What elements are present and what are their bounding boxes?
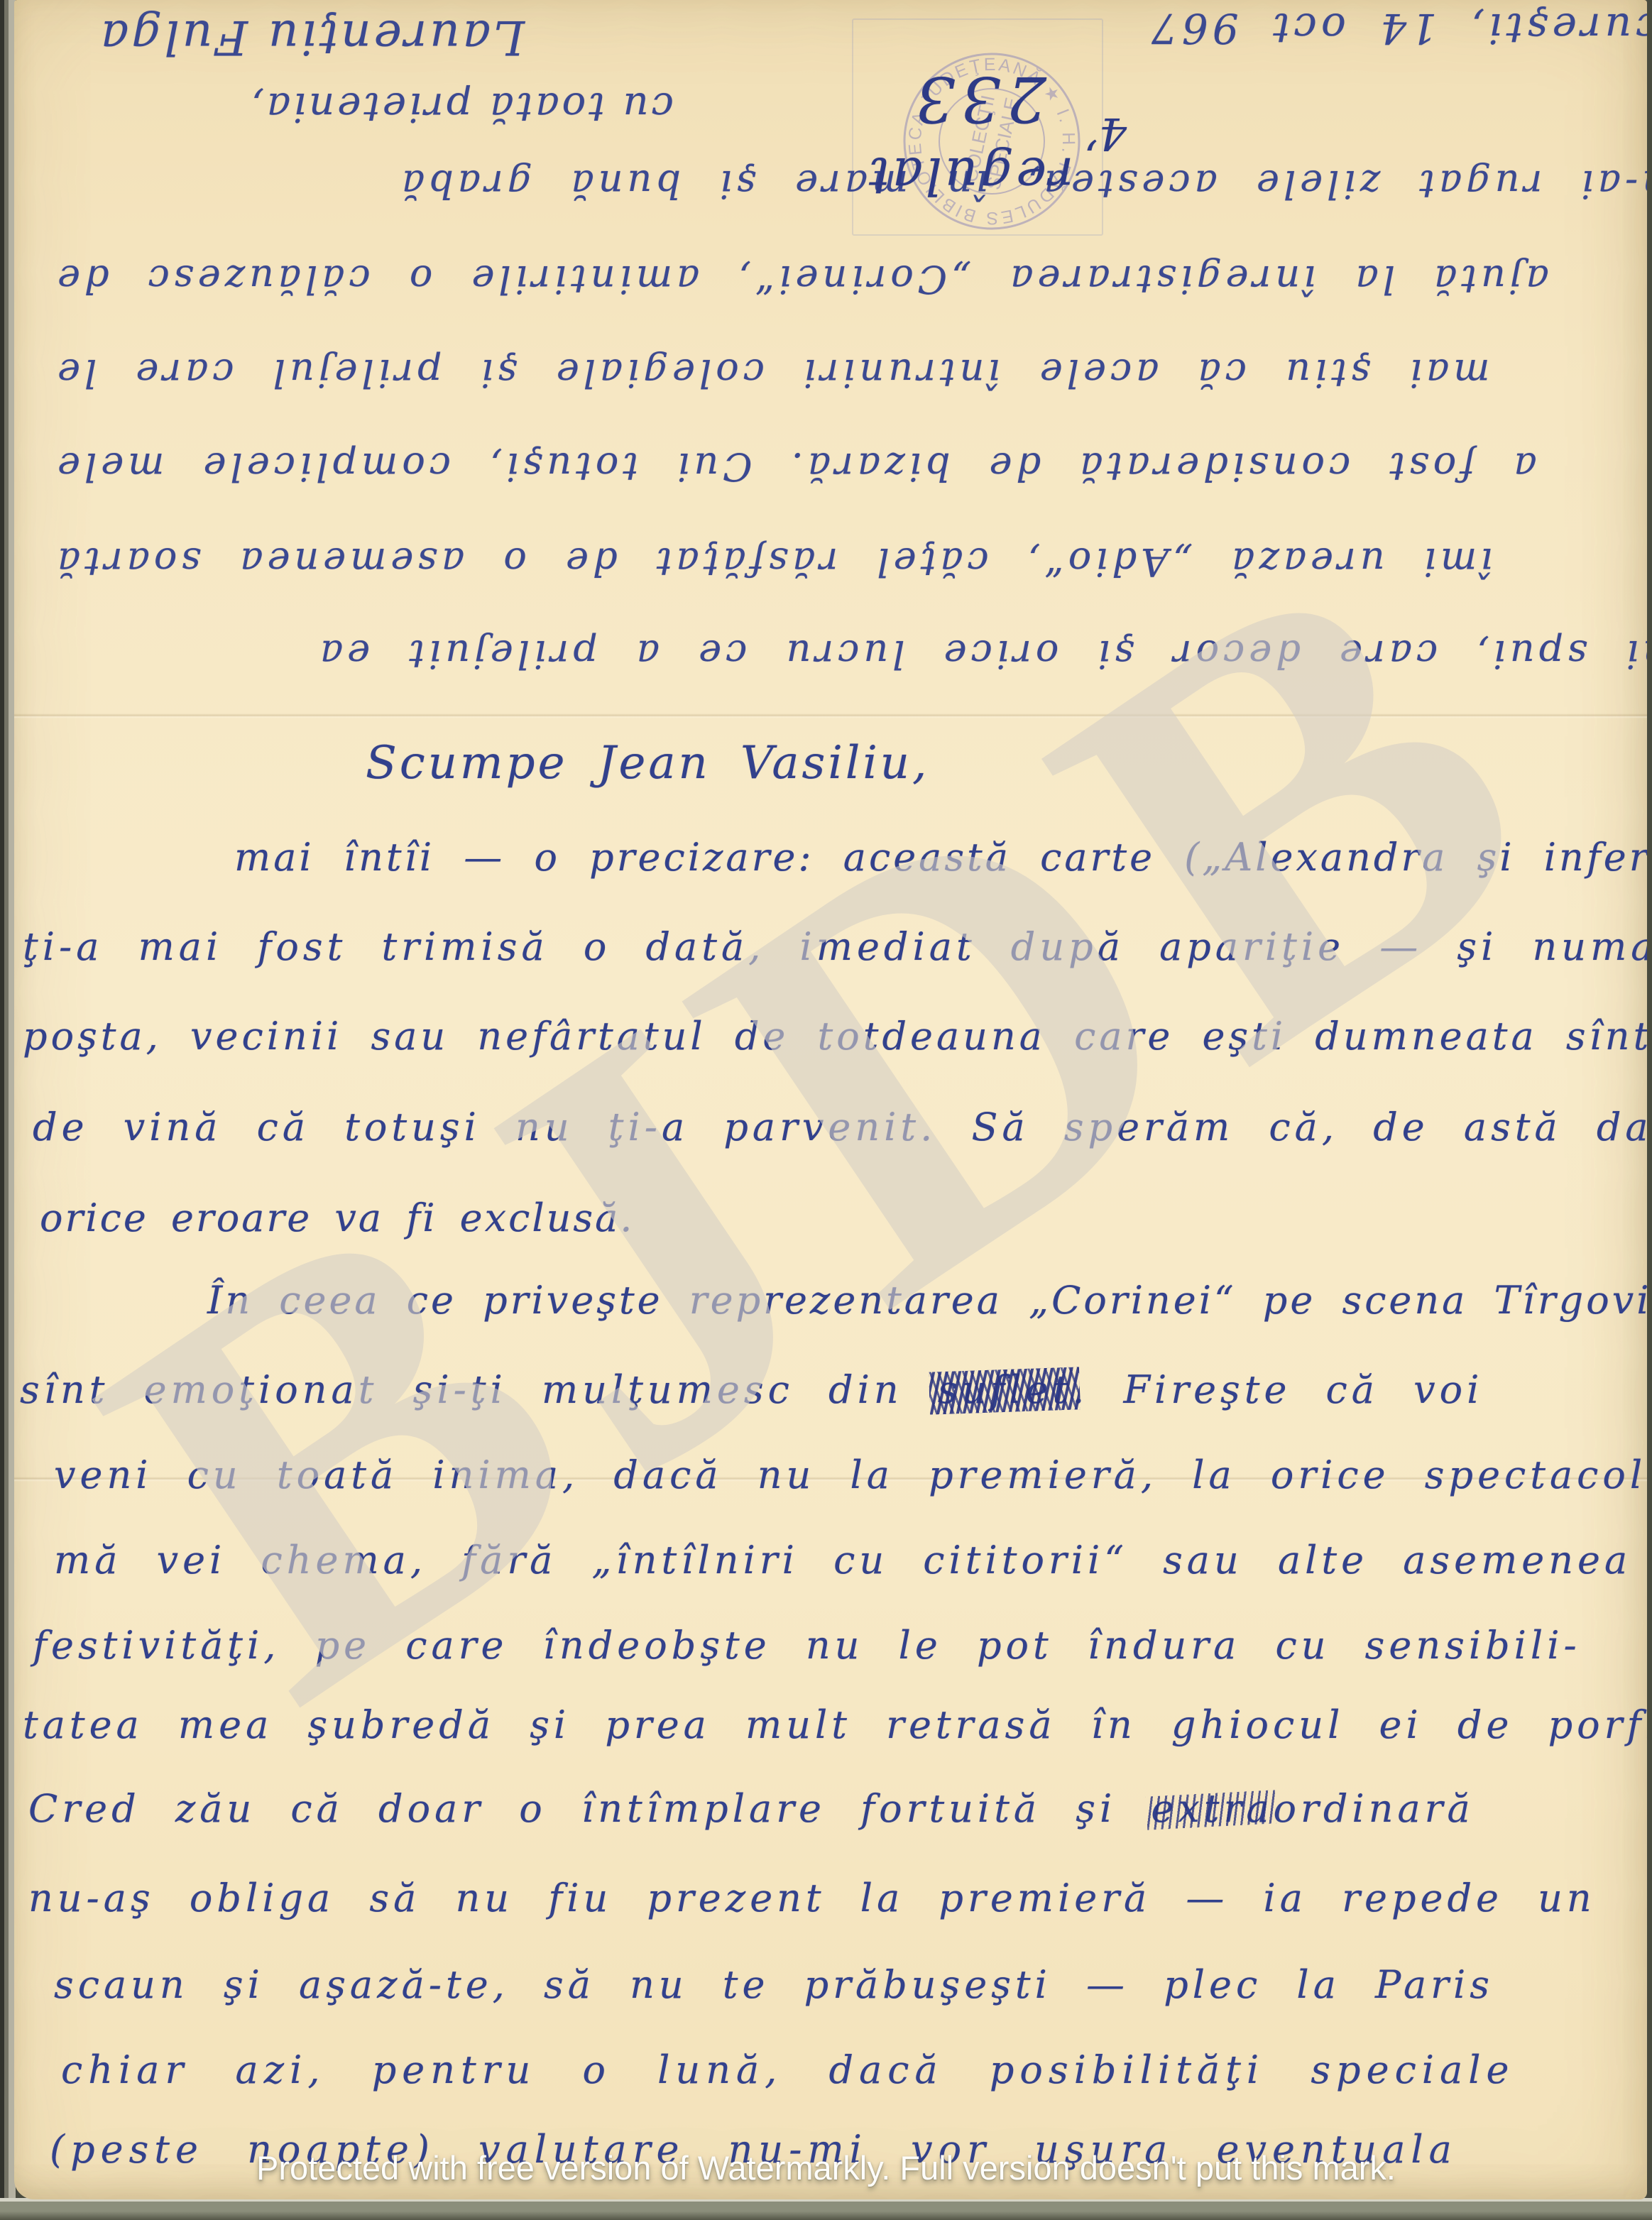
letter-line-segment: Cred zău că doar o întîmplare fortuită ş… — [28, 1786, 1151, 1831]
verso-signature: Laurenţiu Fulga — [98, 10, 525, 65]
stamp-annotation-mark: 4’ — [1085, 108, 1127, 160]
verso-line: ajută la înregistrarea „Corinei“, aminti… — [53, 257, 1549, 302]
scanned-letter-screenshot: BIBLIOTECA JUDEŢEANĂ ★ I. H. RĂDULESCU ★… — [0, 0, 1652, 2220]
letter-line: orice eroare va fi exclusă. — [40, 1196, 634, 1240]
verso-line: a fost considerată de bizară. Cui totuşi… — [53, 444, 1537, 489]
verso-line: mai ştiu că acele întruniri colegiale şi… — [53, 351, 1489, 395]
letter-line-segment: ordinară — [1274, 1786, 1475, 1831]
fold-crease-upper — [14, 713, 1647, 718]
verso-line: îmi urează „Adio“, căţel răsfăţat de o a… — [53, 540, 1494, 584]
letter-line: În ceea ce priveşte reprezentarea „Corin… — [207, 1278, 1647, 1323]
letter-line: festivităţi, pe care îndeobşte nu le pot… — [33, 1623, 1581, 1668]
letter-line-segment: . Fireşte că voi — [1072, 1367, 1483, 1412]
scan-edge-left — [0, 0, 16, 2220]
letter-line: mă vei chema, fără „întîlniri cu cititor… — [54, 1538, 1631, 1582]
letter-line: Cred zău că doar o întîmplare fortuită ş… — [28, 1786, 1475, 1831]
stamp-annotation-word: regulat — [866, 146, 1073, 206]
watermarkly-footer-text: Protected with free version of Watermark… — [256, 2148, 1396, 2187]
letter-line: mai întîi — o precizare: această carte (… — [234, 835, 1647, 880]
letter-line: chiar azi, pentru o lună, dacă posibilit… — [61, 2047, 1515, 2092]
letter-line: scaun şi aşază-te, să nu te prăbuşeşti —… — [54, 1962, 1494, 2007]
letter-line: de vină că totuşi nu ţi-a parvenit. Să s… — [33, 1105, 1647, 1149]
letter-salutation: Scumpe Jean Vasiliu, — [366, 737, 929, 789]
verso-closing: cu toată prietenia, — [248, 84, 674, 130]
struck-word: suflet — [938, 1367, 1072, 1412]
stamp-annotation-number: 233 — [910, 62, 1046, 136]
scan-edge-bottom — [0, 2198, 1652, 2220]
letter-paper: BIBLIOTECA JUDEŢEANĂ ★ I. H. RĂDULESCU ★… — [14, 0, 1647, 2199]
verso-date-line: Bucureşti, 14 oct 967 — [1147, 4, 1647, 53]
letter-line: ţi-a mai fost trimisă o dată, imediat du… — [23, 924, 1647, 969]
verso-line: să-mi spui, care decor şi orice lucru ce… — [316, 632, 1647, 677]
letter-line: veni cu toată inima, dacă nu la premieră… — [54, 1453, 1646, 1497]
letter-line: nu-aş obliga să nu fiu prezent la premie… — [28, 1876, 1596, 1920]
letter-line: sînt emoţionat şi-ţi mulţumesc din sufle… — [20, 1367, 1483, 1412]
struck-word: extra — [1151, 1786, 1273, 1831]
letter-line: poşta, vecinii sau nefârtatul de totdeau… — [23, 1014, 1647, 1059]
letter-line: tatea mea şubredă şi prea mult retrasă î… — [23, 1702, 1647, 1747]
letter-line-segment: sînt emoţionat şi-ţi mulţumesc din — [20, 1367, 938, 1412]
